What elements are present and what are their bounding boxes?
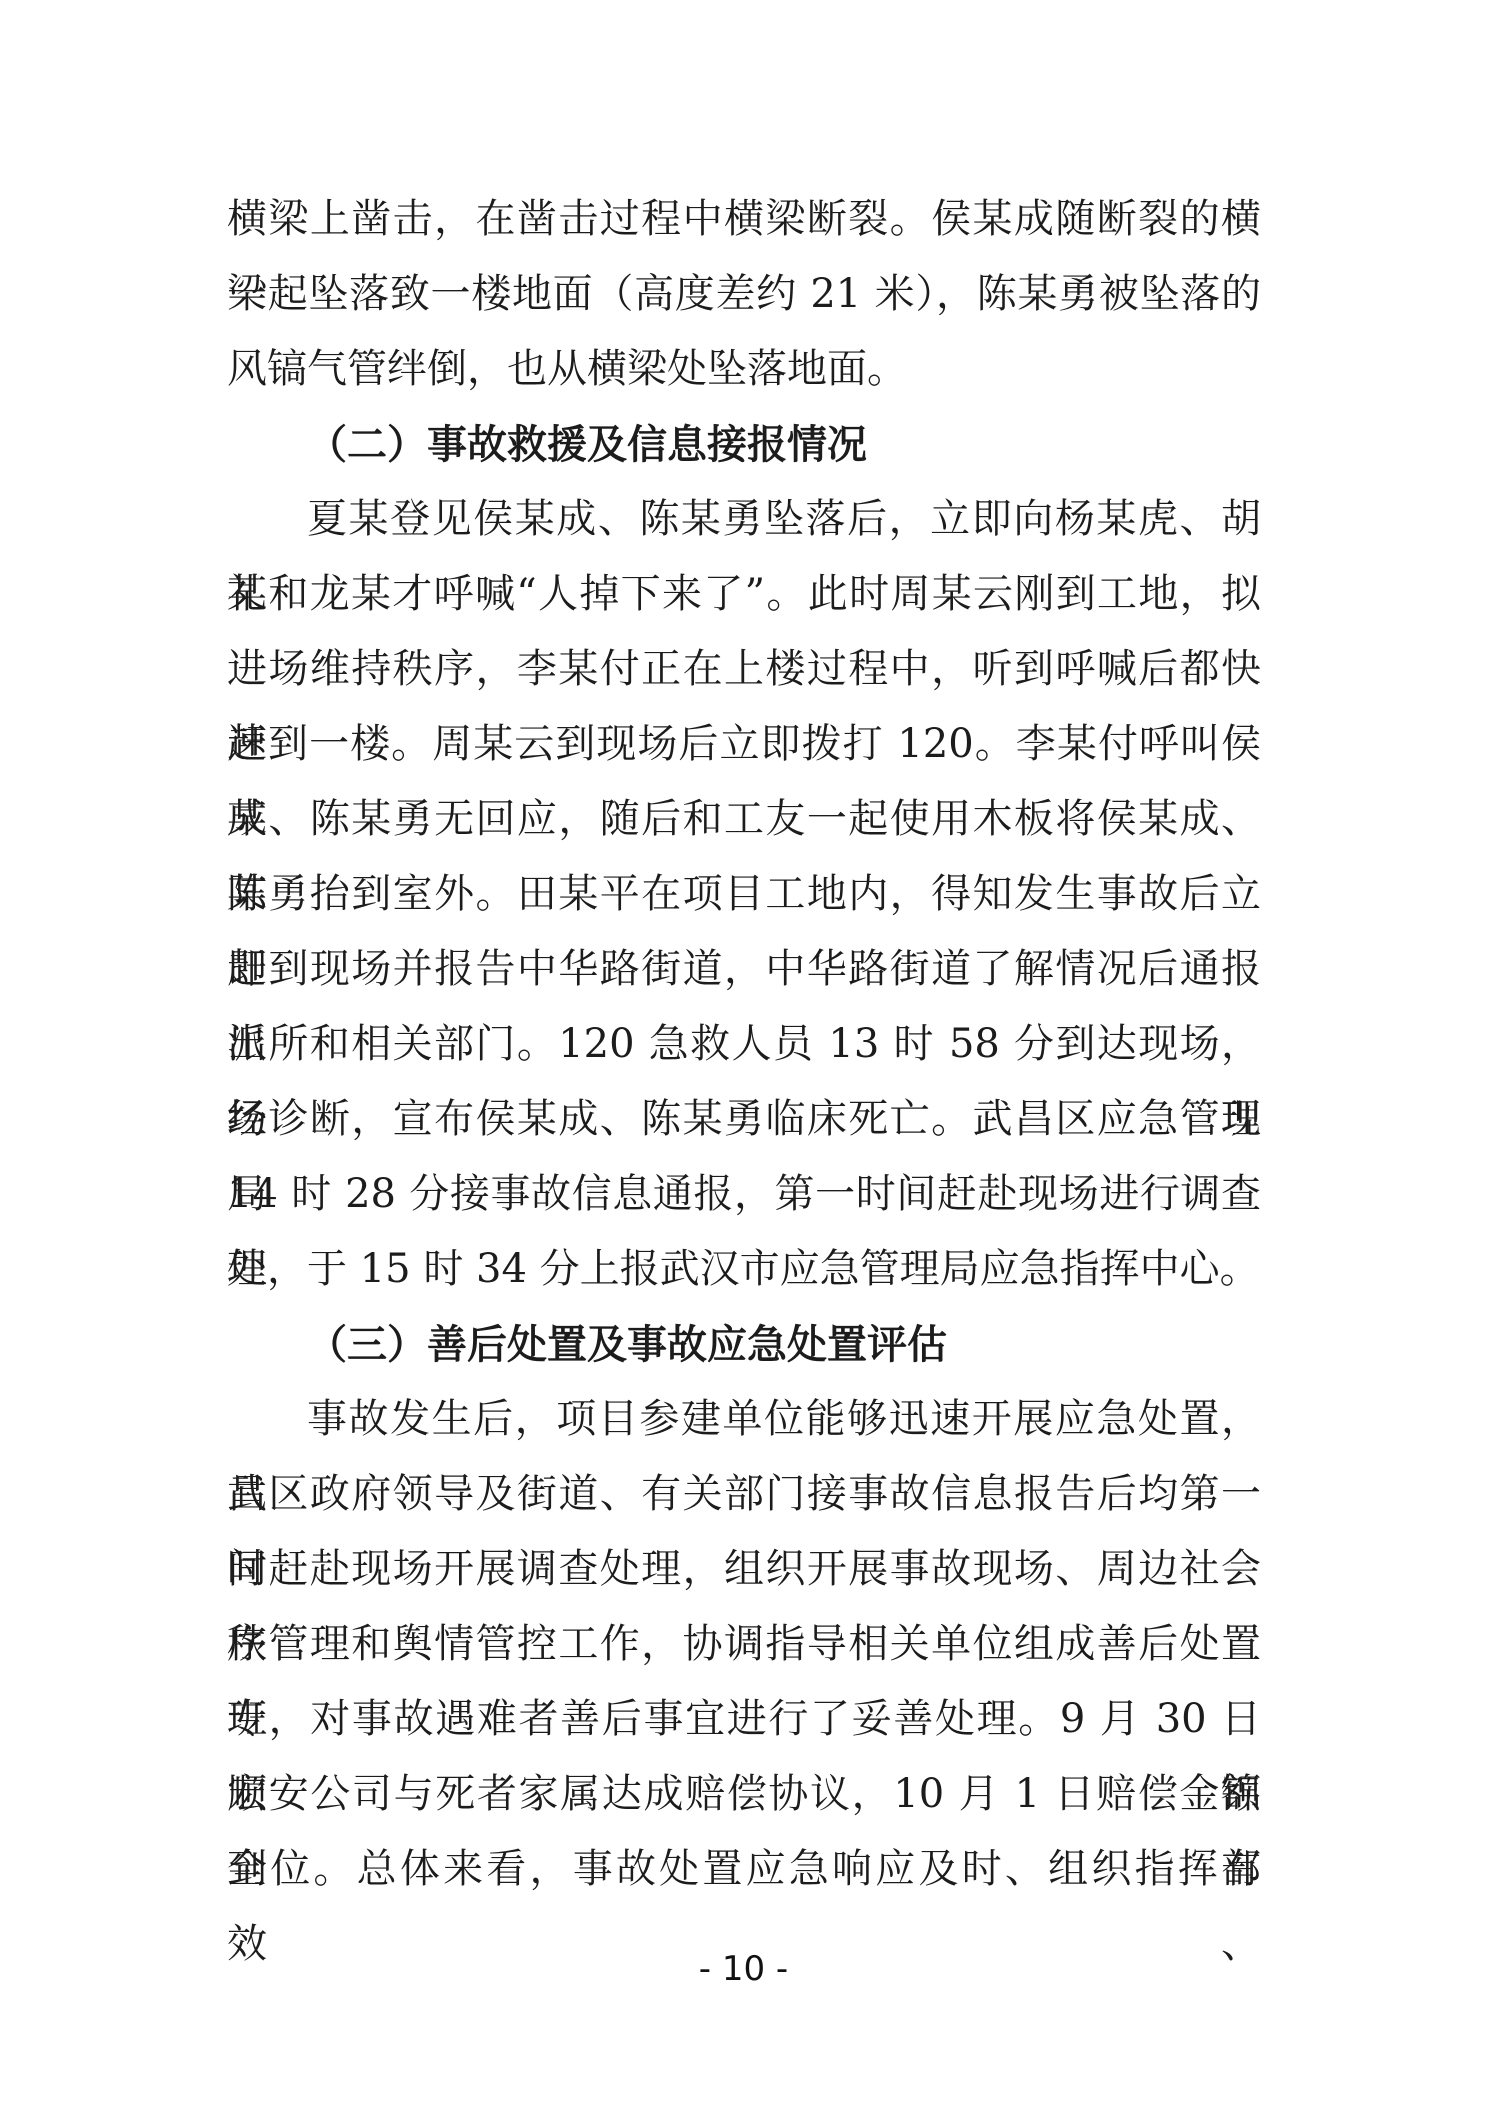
text-line: 礼和龙某才呼喊“人掉下来了”。此时周某云刚到工地，拟 <box>227 557 1261 632</box>
text-line: 进场维持秩序，李某付正在上楼过程中，听到呼喊后都快速 <box>227 632 1261 707</box>
text-line: 横梁上凿击，在凿击过程中横梁断裂。侯某成随断裂的横梁 <box>227 182 1261 257</box>
text-line: 班，对事故遇难者善后事宜进行了妥善处理。9 月 30 日宏锦 <box>227 1682 1261 1757</box>
text-line: 夏某登见侯某成、陈某勇坠落后，立即向杨某虎、胡某 <box>227 482 1261 557</box>
text-line: 一起坠落致一楼地面（高度差约 21 米），陈某勇被坠落的 <box>227 257 1261 332</box>
section-heading: （二）事故救援及信息接报情况 <box>227 407 1261 482</box>
text-line: 场诊断，宣布侯某成、陈某勇临床死亡。武昌区应急管理局 <box>227 1082 1261 1157</box>
text-line: 到位。总体来看，事故处置应急响应及时、组织指挥有效、 <box>227 1832 1261 1907</box>
text-line: 成、陈某勇无回应，随后和工友一起使用木板将侯某成、陈 <box>227 782 1261 857</box>
page-number: - 10 - <box>0 1944 1487 1994</box>
text-line: 某勇抬到室外。田某平在项目工地内，得知发生事故后立即 <box>227 857 1261 932</box>
text-line: 赶到一楼。周某云到现场后立即拨打 120。李某付呼叫侯某 <box>227 707 1261 782</box>
text-line: 理，于 15 时 34 分上报武汉市应急管理局应急指挥中心。 <box>227 1232 1261 1307</box>
section-heading: （三）善后处置及事故应急处置评估 <box>227 1307 1261 1382</box>
text-line: 14 时 28 分接事故信息通报，第一时间赶赴现场进行调查处 <box>227 1157 1261 1232</box>
text-block: 横梁上凿击，在凿击过程中横梁断裂。侯某成随断裂的横梁 一起坠落致一楼地面（高度差… <box>227 182 1261 1907</box>
text-line: 出所和相关部门。120 急救人员 13 时 58 分到达现场，经现 <box>227 1007 1261 1082</box>
text-line: 序管理和舆情管控工作，协调指导相关单位组成善后处置专 <box>227 1607 1261 1682</box>
text-line: 风镐气管绊倒，也从横梁处坠落地面。 <box>227 332 1261 407</box>
document-page: 横梁上凿击，在凿击过程中横梁断裂。侯某成随断裂的横梁 一起坠落致一楼地面（高度差… <box>0 0 1487 2104</box>
text-line: 赶到现场并报告中华路街道，中华路街道了解情况后通报派 <box>227 932 1261 1007</box>
text-line: 昌区政府领导及街道、有关部门接事故信息报告后均第一时 <box>227 1457 1261 1532</box>
text-line: 间赶赴现场开展调查处理，组织开展事故现场、周边社会秩 <box>227 1532 1261 1607</box>
text-line: 顺安公司与死者家属达成赔偿协议，10 月 1 日赔偿金额全部 <box>227 1757 1261 1832</box>
text-line: 事故发生后，项目参建单位能够迅速开展应急处置，武 <box>227 1382 1261 1457</box>
